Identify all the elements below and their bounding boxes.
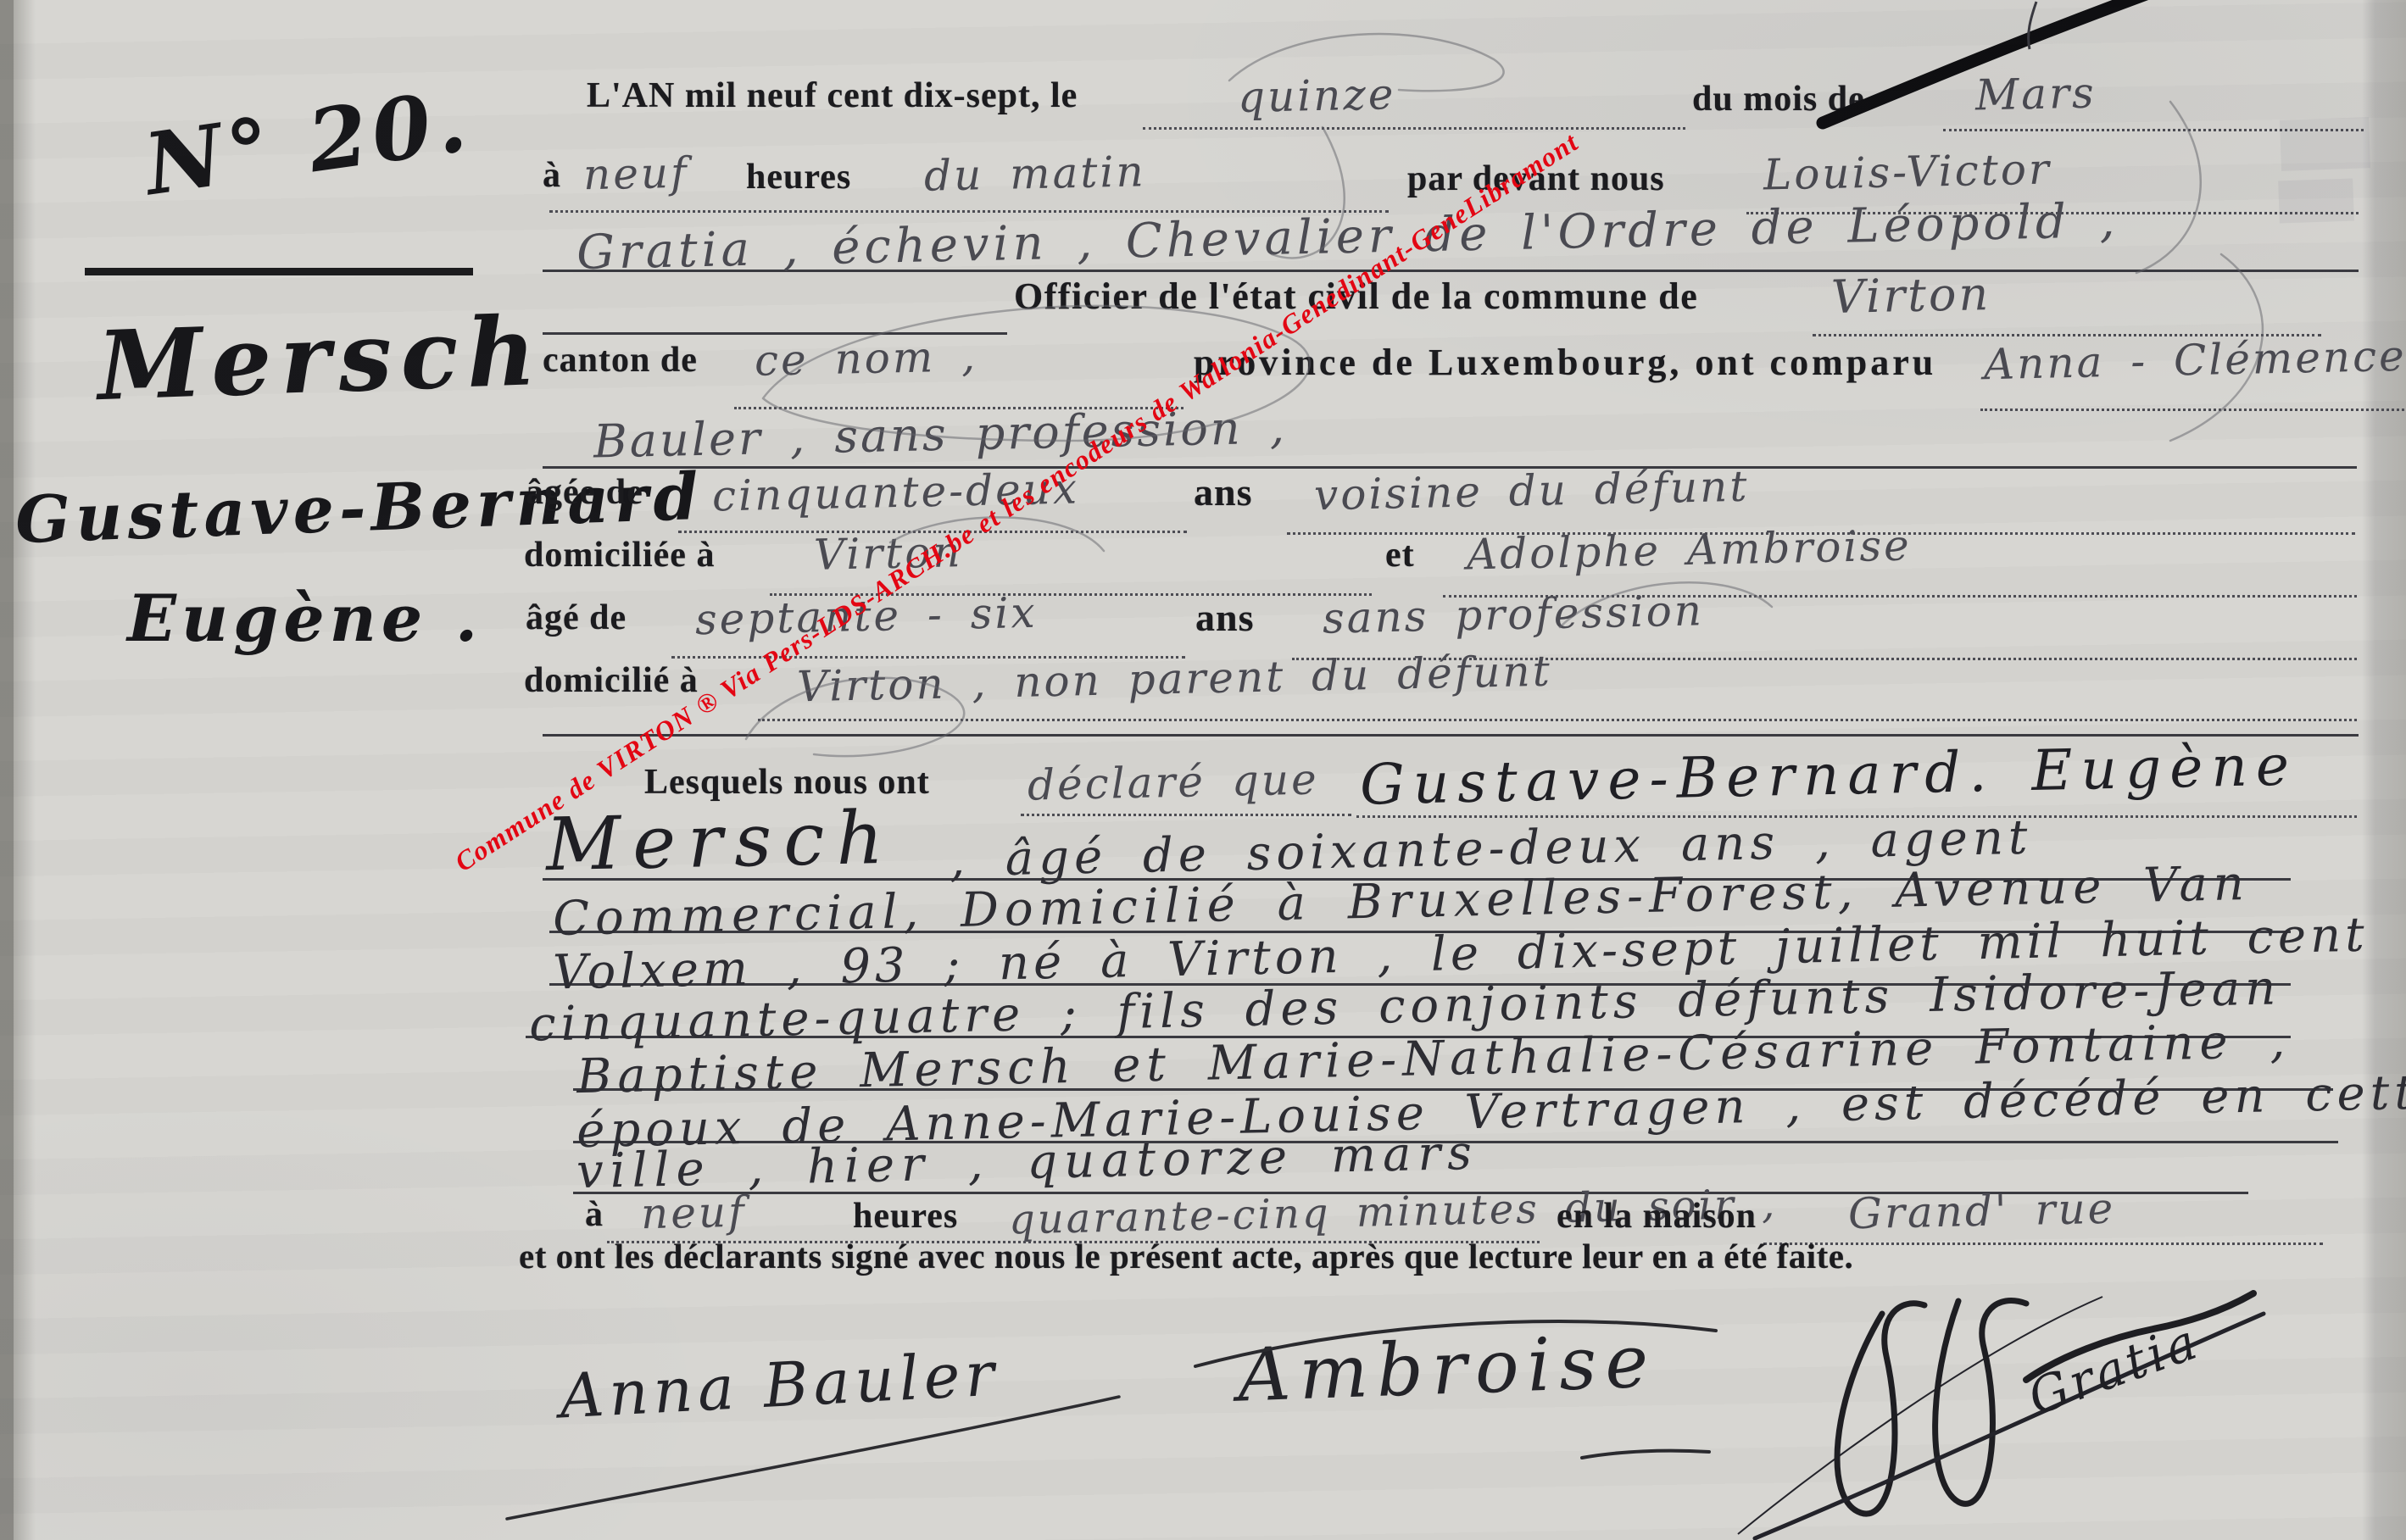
bleed-through-mark — [2280, 117, 2370, 171]
hw-officer-firstname: Louis-Victor — [1763, 147, 2052, 196]
printed-domiciled-m-label: domicilié à — [524, 663, 699, 698]
hw-declared: déclaré que — [1028, 758, 1320, 806]
printed-domiciled-f-label: domiciliée à — [524, 537, 715, 573]
margin-deceased-surname: Mersch — [96, 304, 546, 414]
hw-day: quinze — [1237, 73, 1395, 119]
printed-house-label: en la maison — [1557, 1198, 1757, 1234]
form-rule — [758, 719, 2357, 721]
hw-canton: ce nom , — [755, 335, 978, 381]
hw-witness1-relation: voisine du défunt — [1314, 465, 1750, 517]
margin-divider-rule — [85, 268, 473, 275]
scan-edge-left — [0, 0, 14, 1540]
printed-declared-label: Lesquels nous ont — [644, 764, 930, 800]
margin-act-number: N° 20. — [140, 78, 476, 208]
printed-aged-f-label: âgée de — [526, 475, 643, 510]
printed-at2: à — [585, 1197, 604, 1232]
hw-witness1-surname-profession: Bauler , sans profession , — [593, 404, 1288, 464]
officer-signature-flourish: Gratia — [1704, 1280, 2281, 1540]
printed-years-label2: ans — [1195, 598, 1254, 637]
form-rule — [1980, 409, 2404, 411]
form-rule — [1943, 129, 2364, 131]
printed-hours-label: heures — [746, 159, 851, 195]
witness1-signature-flourish — [492, 1382, 1136, 1526]
form-rule — [1143, 127, 1685, 130]
hw-deceased-surname: Mersch — [545, 802, 895, 882]
hw-death-hour: neuf — [640, 1191, 747, 1236]
margin-deceased-firstname3: Eugène . — [127, 587, 482, 651]
death-record-scan: N° 20. Mersch Gustave-Bernard Eugène . L… — [0, 0, 2406, 1540]
printed-hours-label2: heures — [853, 1198, 958, 1234]
form-rule — [543, 734, 2359, 737]
printed-at: à — [543, 158, 561, 193]
printed-years-label: ans — [1194, 473, 1252, 512]
hw-hour: neuf — [582, 152, 689, 197]
scan-edge-right — [2362, 0, 2406, 1540]
hw-house: Grand' rue — [1848, 1187, 2116, 1236]
hw-deceased-firstnames: Gustave-Bernard. Eugène — [1359, 737, 2297, 813]
printed-canton-label: canton de — [543, 342, 698, 378]
bleed-through-mark — [2278, 178, 2354, 223]
form-rule — [1021, 814, 1351, 816]
witness2-signature-flourish — [1187, 1305, 1729, 1466]
hw-witness2-name: Adolphe Ambroise — [1467, 525, 1913, 576]
officer-signature: Gratia — [2021, 1312, 2208, 1426]
printed-closing-clause: et ont les déclarants signé avec nous le… — [519, 1239, 1853, 1274]
printed-province-appeared: province de Luxembourg, ont comparu — [1194, 344, 1936, 381]
hw-witness2-profession: sans profession — [1323, 589, 1705, 639]
printed-aged-m-label: âgé de — [526, 600, 627, 636]
printed-year-prefix: L'AN mil neuf cent dix-sept, le — [587, 78, 1078, 114]
hw-witness1-firstname: Anna - Clémence — [1984, 335, 2406, 386]
hw-hour-period: du matin — [924, 150, 1147, 197]
printed-and-label: et — [1385, 537, 1415, 573]
hw-commune: Virton — [1830, 271, 1991, 320]
scan-edge-left-fade — [14, 0, 36, 1540]
pen-stroke-top-right — [1814, 0, 2170, 127]
